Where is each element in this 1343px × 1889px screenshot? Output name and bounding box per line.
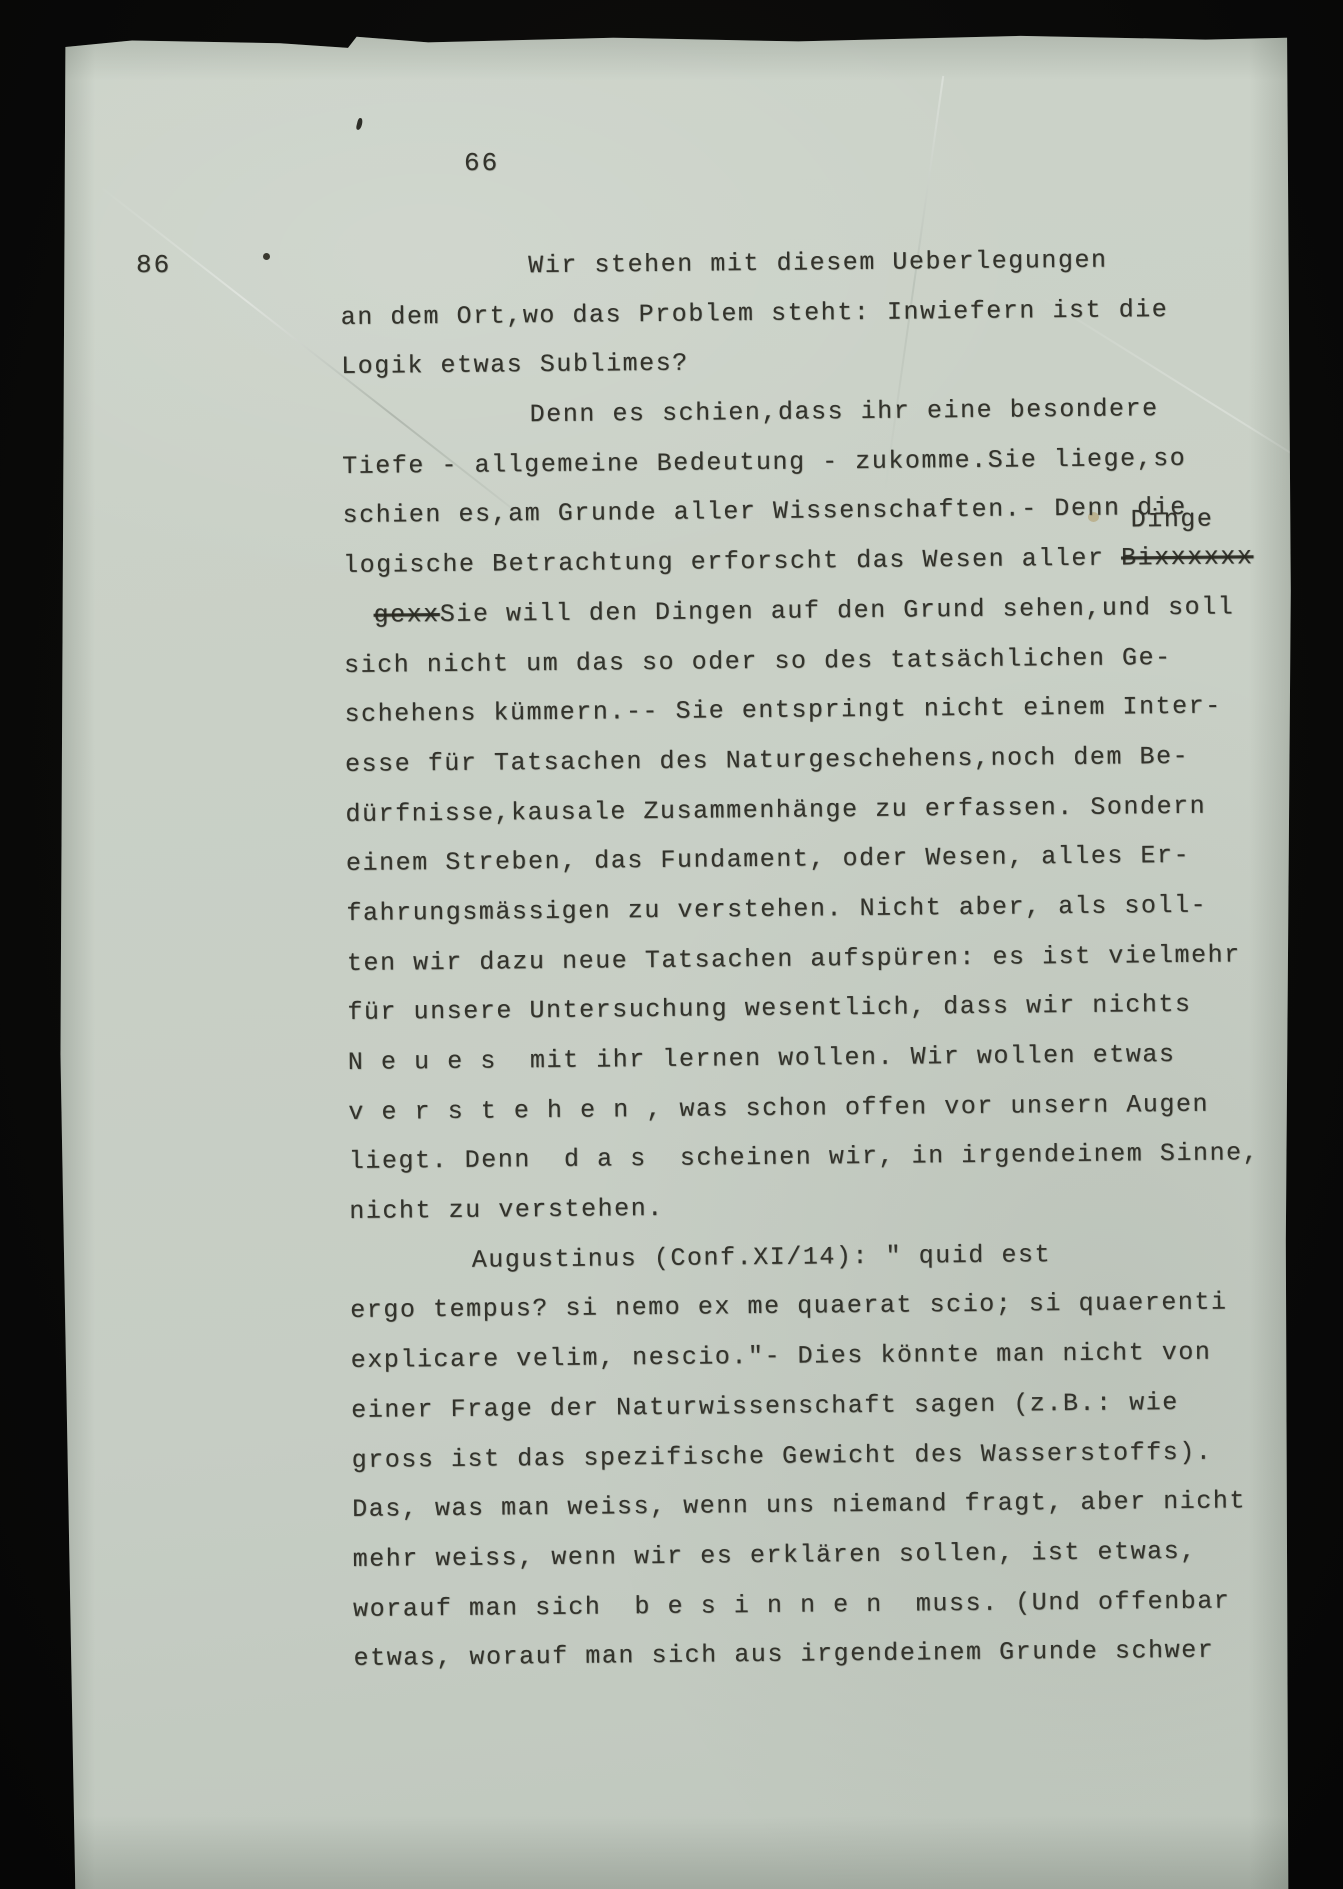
text-line: worauf man sich b e s i n n e n muss. (U… xyxy=(353,1575,1313,1634)
page-number-top: 66 xyxy=(464,148,499,178)
inserted-word: Dinge xyxy=(1131,507,1214,533)
struck-text: BixxxxxxDinge xyxy=(1121,542,1254,572)
text-line: einem Streben, das Fundament, oder Wesen… xyxy=(346,830,1306,889)
text-line: mehr weiss, wenn wir es erklären sollen,… xyxy=(352,1526,1312,1585)
text-line: logische Betrachtung erforscht das Wesen… xyxy=(343,532,1303,591)
text-line: esse für Tatsachen des Naturgeschehens,n… xyxy=(345,731,1305,790)
text-line: gross ist das spezifische Gewicht des Wa… xyxy=(351,1426,1311,1485)
text-line: etwas, worauf man sich aus irgendeinem G… xyxy=(353,1625,1313,1684)
text-line: Das, was man weiss, wenn uns niemand fra… xyxy=(352,1476,1312,1535)
text-line: fahrungsmässigen zu verstehen. Nicht abe… xyxy=(346,880,1306,939)
text-line: dürfnisse,kausale Zusammenhänge zu erfas… xyxy=(345,780,1305,839)
text-line: Denn es schien,dass ihr eine besondere xyxy=(341,383,1301,442)
margin-number: 86 xyxy=(136,250,171,280)
text-line: Augustinus (Conf.XI/14): " quid est xyxy=(350,1227,1310,1286)
typewritten-text: Wir stehen mit diesem Ueberlegungenan de… xyxy=(340,234,1314,1684)
text-line: liegt. Denn d a s scheinen wir, in irgen… xyxy=(349,1128,1309,1187)
paper-speck xyxy=(263,253,270,260)
text-line: v e r s t e h e n , was schon offen vor … xyxy=(348,1078,1308,1137)
text-line: Tiefe - allgemeine Bedeutung - zukomme.S… xyxy=(342,433,1302,492)
paper-speck xyxy=(356,118,364,131)
text-line: nicht zu verstehen. xyxy=(349,1178,1309,1237)
struck-text: gexx xyxy=(373,600,439,630)
scanned-page-background: 66 86 Wir stehen mit diesem Ueberlegunge… xyxy=(0,0,1343,1889)
